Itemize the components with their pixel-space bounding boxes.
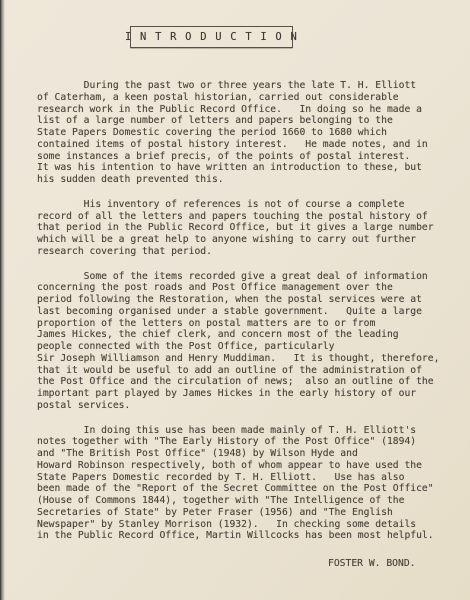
document-body: During the past two or three years the l… bbox=[37, 80, 455, 555]
page-left-edge-shadow bbox=[0, 0, 5, 600]
page-title: I N T R O D U C T I O N bbox=[125, 31, 298, 43]
scanned-document-page: I N T R O D U C T I O N During the past … bbox=[0, 0, 470, 600]
title-box: I N T R O D U C T I O N bbox=[130, 26, 293, 48]
paragraph-1: During the past two or three years the l… bbox=[37, 80, 455, 186]
paragraph-2: His inventory of references is not of co… bbox=[37, 199, 455, 258]
paragraph-4: In doing this use has been made mainly o… bbox=[37, 425, 455, 543]
author-signature: FOSTER W. BOND. bbox=[328, 558, 416, 569]
paragraph-3: Some of the items recorded give a great … bbox=[37, 271, 455, 412]
